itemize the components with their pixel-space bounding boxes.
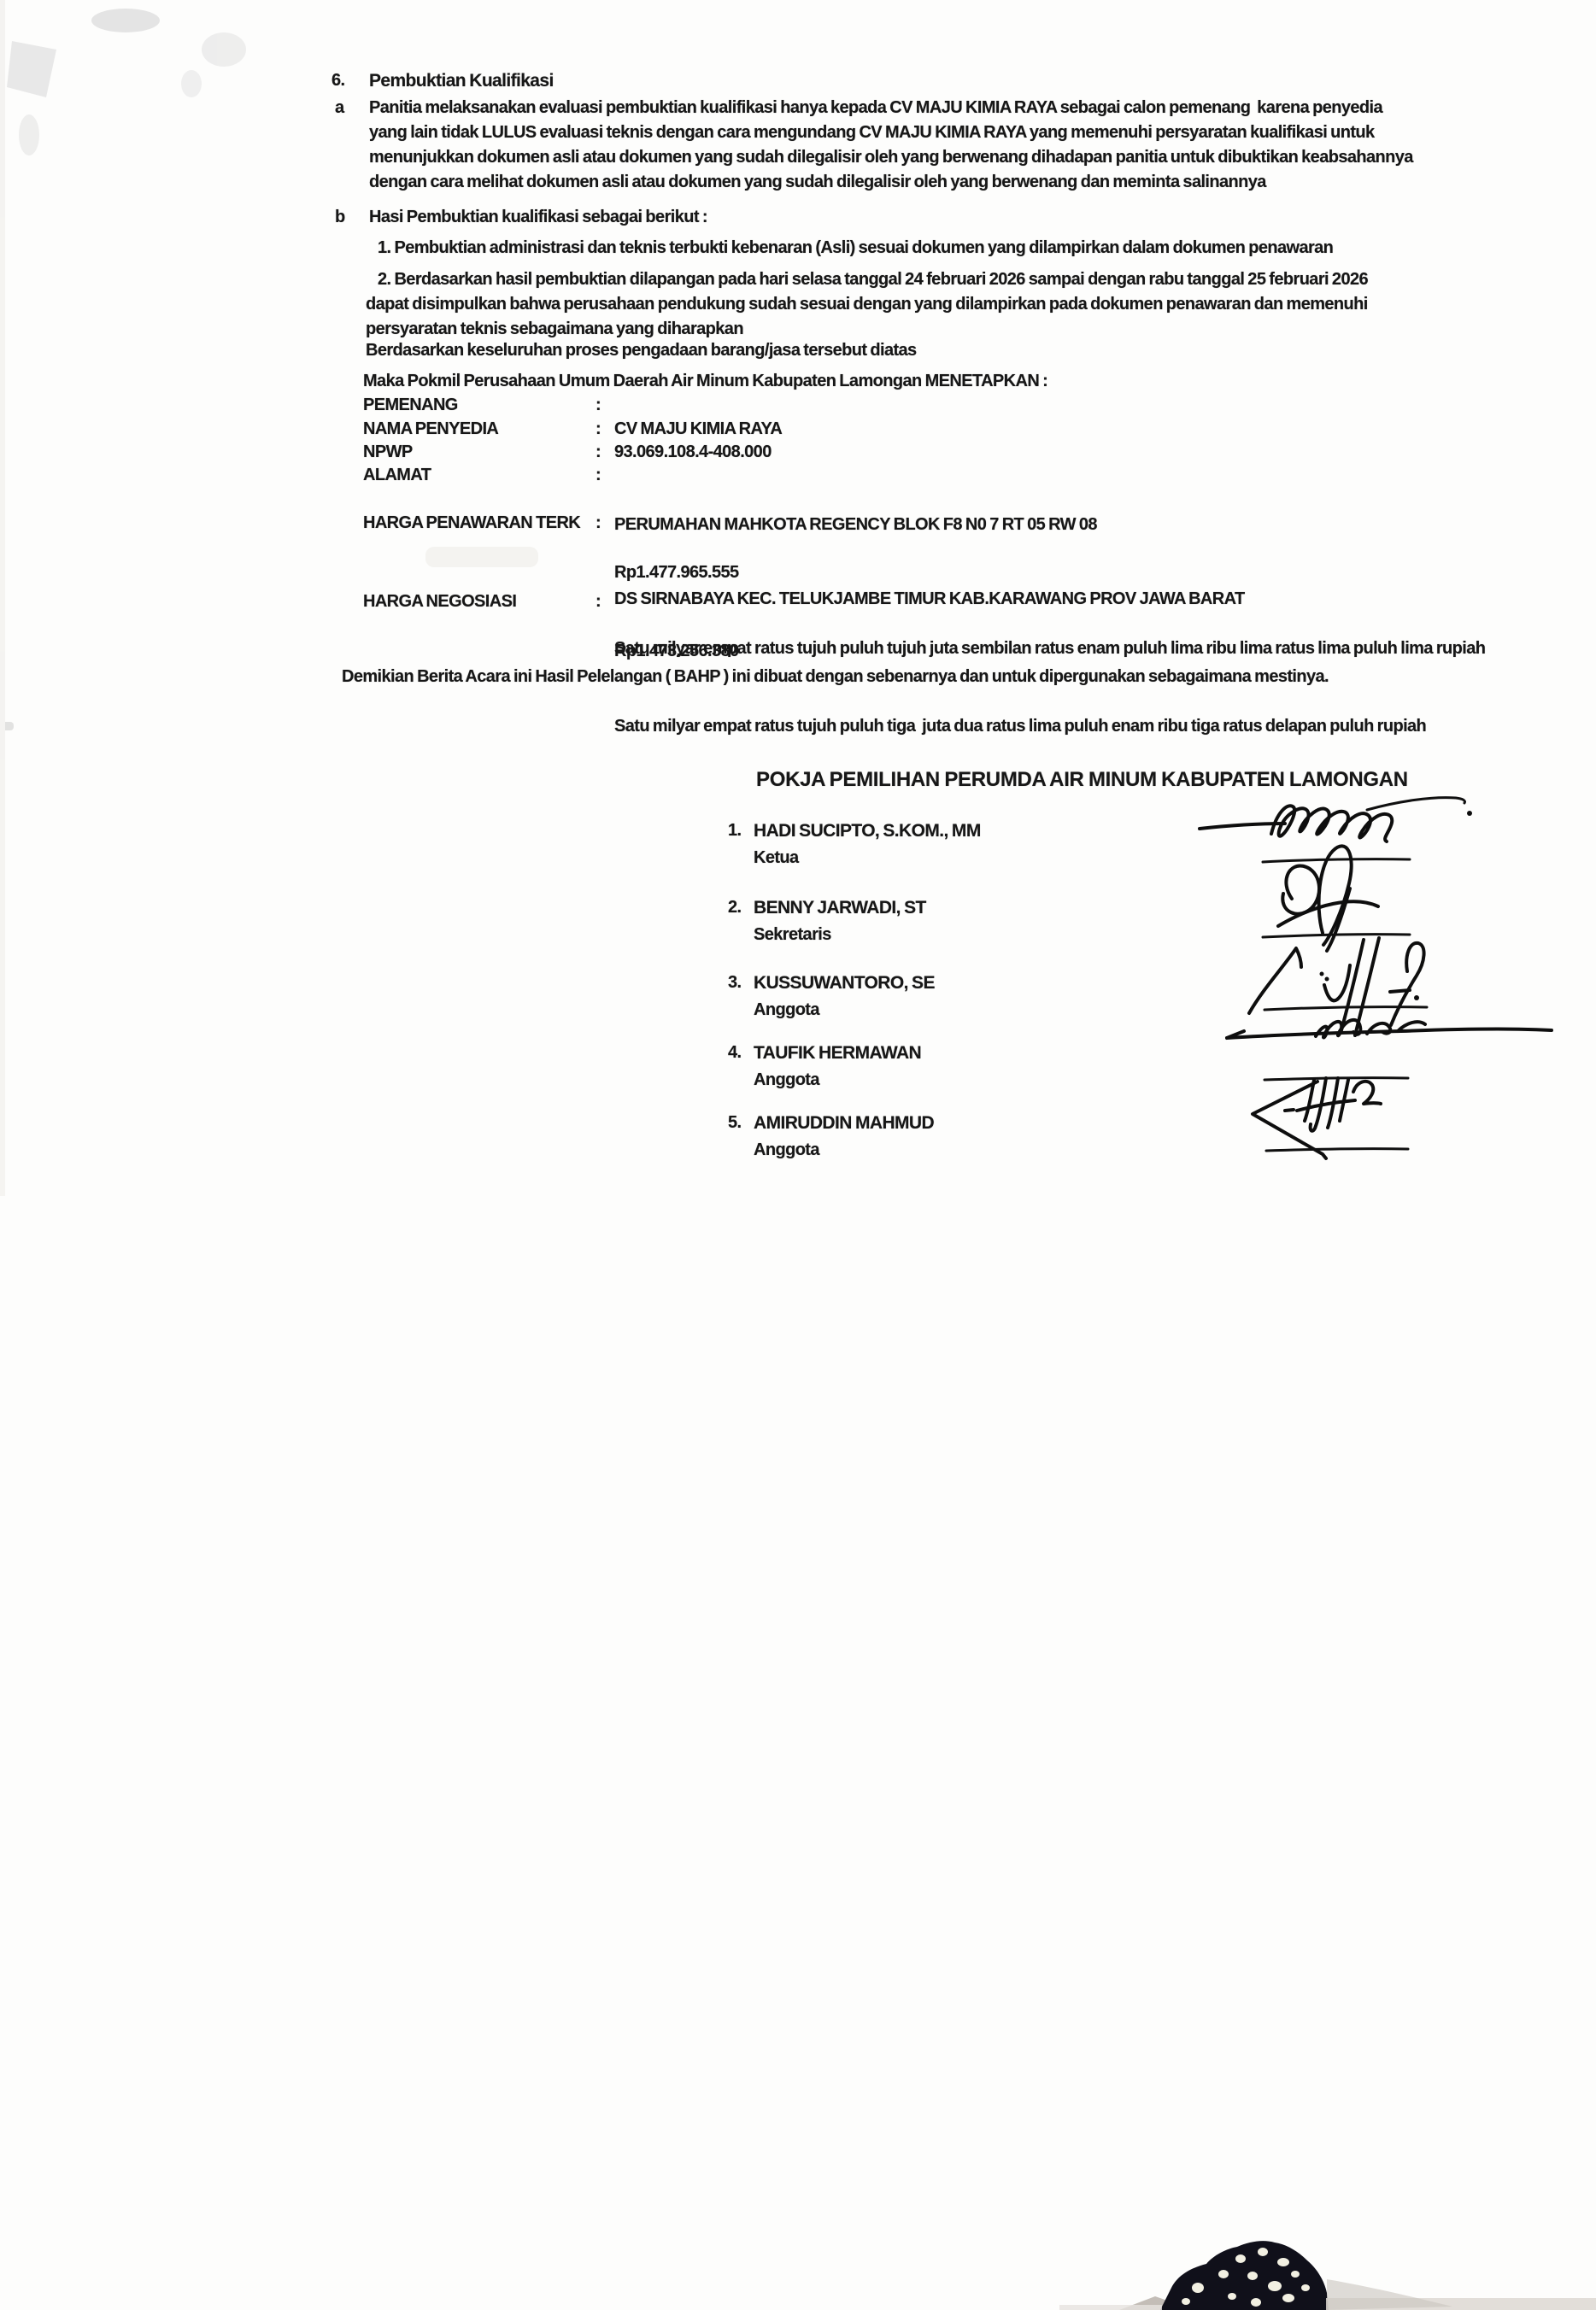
result-2-text: Berdasarkan hasil pembuktian dilapangan … (366, 270, 1371, 338)
committee-member-5-role: Anggota (754, 1138, 819, 1163)
clause-a-text: Panitia melaksanakan evaluasi pembuktian… (369, 96, 1416, 195)
field-colon: : (596, 417, 614, 442)
member-name: BENNY JARWADI, ST (754, 895, 926, 920)
committee-member-2-role: Sekretaris (754, 923, 831, 947)
member-num: 4. (728, 1041, 754, 1065)
signature-anggota-3 (1253, 1078, 1408, 1158)
member-num: 5. (728, 1111, 754, 1135)
clause-b-marker: b (335, 205, 361, 230)
field-row-npwp: NPWP : 93.069.108.4-408.000 (363, 440, 1588, 465)
committee-member-2: 2. BENNY JARWADI, ST (728, 895, 926, 920)
result-1-text: Pembuktian administrasi dan teknis terbu… (394, 238, 1333, 257)
committee-member-3: 3. KUSSUWANTORO, SE (728, 970, 935, 995)
result-item-1: 1. Pembuktian administrasi dan teknis te… (366, 236, 1406, 261)
field-row-nama-penyedia: NAMA PENYEDIA : CV MAJU KIMIA RAYA (363, 417, 1588, 442)
closing-basis: Berdasarkan keseluruhan proses pengadaan… (366, 338, 1412, 363)
field-value: CV MAJU KIMIA RAYA (614, 417, 1588, 442)
member-num: 2. (728, 895, 754, 920)
field-label: NPWP (363, 440, 596, 465)
field-value (614, 393, 1588, 418)
signature-line-1 (1263, 859, 1410, 862)
committee-member-1: 1. HADI SUCIPTO, S.KOM., MM (728, 818, 981, 843)
field-colon: : (596, 393, 614, 418)
signature-anggota-2 (1227, 1020, 1552, 1038)
committee-member-3-role: Anggota (754, 998, 819, 1023)
scanned-document-page: 6. Pembuktian Kualifikasi a Panitia mela… (0, 0, 1596, 2310)
signature-line-5 (1266, 1149, 1408, 1151)
clause-b-text: Hasi Pembuktian kualifikasi sebagai beri… (369, 205, 1416, 230)
signature-anggota-1 (1249, 938, 1427, 1035)
field-label: PEMENANG (363, 393, 596, 418)
result-item-2: 2. Berdasarkan hasil pembuktian dilapang… (366, 267, 1406, 342)
member-num: 3. (728, 970, 754, 995)
signature-sekretaris (1263, 846, 1410, 951)
member-num: 1. (728, 818, 754, 843)
committee-heading: POKJA PEMILIHAN PERUMDA AIR MINUM KABUPA… (756, 767, 1408, 792)
decision-intro: Maka Pokmil Perusahaan Umum Daerah Air M… (363, 369, 1410, 394)
member-name: TAUFIK HERMAWAN (754, 1041, 921, 1065)
signature-line-4 (1264, 1078, 1408, 1080)
harga-penawaran-value: Rp1.477.965.555 (614, 560, 1588, 585)
result-2-num: 2. (378, 270, 390, 289)
member-name: AMIRUDDIN MAHMUD (754, 1111, 934, 1135)
result-1-num: 1. (378, 238, 390, 257)
closing-statement: Demikian Berita Acara ini Hasil Pelelang… (342, 665, 1418, 689)
committee-member-5: 5. AMIRUDDIN MAHMUD (728, 1111, 934, 1135)
member-name: KUSSUWANTORO, SE (754, 970, 935, 995)
section-title: Pembuktian Kualifikasi (369, 68, 554, 93)
signature-ketua (1200, 798, 1472, 862)
stamp-fragment (1059, 2241, 1596, 2310)
member-name: HADI SUCIPTO, S.KOM., MM (754, 818, 981, 843)
committee-member-1-role: Ketua (754, 846, 799, 871)
harga-negosiasi-terbilang: Satu milyar empat ratus tujuh puluh tiga… (614, 714, 1588, 739)
harga-negosiasi-value: Rp1.473.256.380 (614, 639, 1588, 664)
field-row-pemenang: PEMENANG : (363, 393, 1588, 418)
committee-member-4: 4. TAUFIK HERMAWAN (728, 1041, 921, 1065)
committee-member-4-role: Anggota (754, 1068, 819, 1093)
clause-a-marker: a (335, 96, 361, 120)
section-number: 6. (332, 68, 344, 93)
field-label: NAMA PENYEDIA (363, 417, 596, 442)
field-colon: : (596, 440, 614, 465)
signature-line-2 (1263, 935, 1410, 937)
field-value: 93.069.108.4-408.000 (614, 440, 1588, 465)
signature-line-3 (1264, 1007, 1427, 1010)
